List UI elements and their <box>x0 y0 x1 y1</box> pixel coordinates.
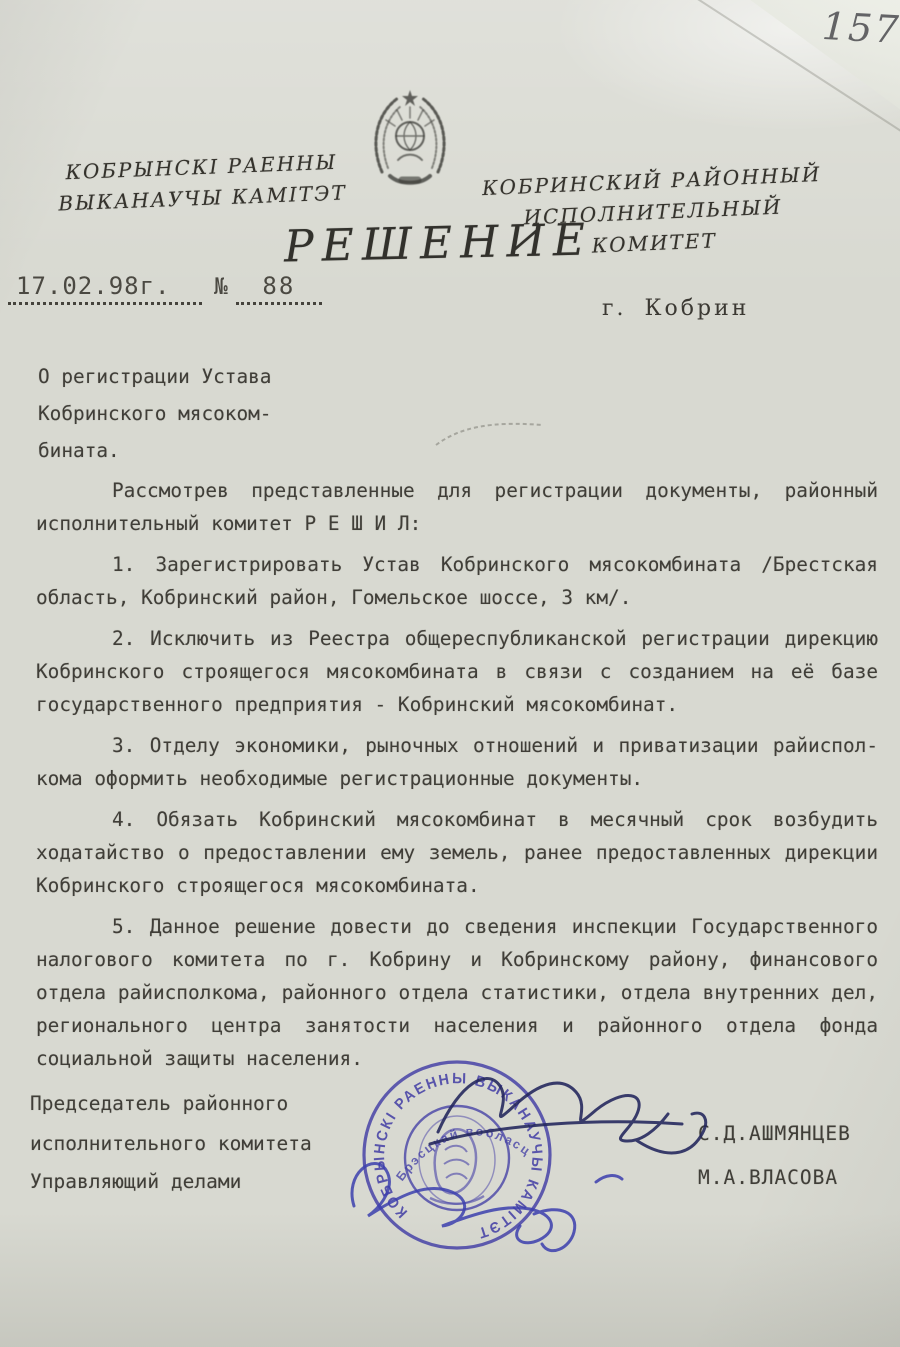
resolution-body: Рассмотрев представленные для регистраци… <box>36 474 878 1083</box>
chairman-title-line1: Председатель районного <box>30 1084 312 1124</box>
ink-signatures <box>330 1040 750 1290</box>
chairman-title: Председатель районного исполнительного к… <box>30 1084 312 1164</box>
document-title: РЕШЕНИЕ <box>283 215 593 273</box>
signature-chairman <box>430 1078 706 1152</box>
resolution-item-4: 4. Обязать Кобринский мясокомбинат в мес… <box>36 803 878 902</box>
intro-paragraph: Рассмотрев представленные для регистраци… <box>36 474 878 540</box>
handwritten-page-number: 157 <box>821 4 900 52</box>
number-sign: № <box>214 274 228 300</box>
pencil-smudge <box>430 415 560 455</box>
document-page: 157 КОБРЫНСКІ РАЕННЫ ВЫКАНАУЧЫ КАМІТЭТ К… <box>0 0 900 1347</box>
resolution-item-3: 3. Отделу экономики, рыночных отношений … <box>36 729 878 795</box>
place-line: г. Кобрин <box>602 296 749 321</box>
subject-block: О регистрации Устава Кобринского мясоком… <box>38 358 271 469</box>
org-name-belarusian: КОБРЫНСКІ РАЕННЫ ВЫКАНАУЧЫ КАМІТЭТ <box>51 146 353 219</box>
star-icon <box>402 90 418 106</box>
subject-line2: Кобринского мясоком- <box>38 395 271 432</box>
reference-row: 17.02.98г. № 88 <box>8 272 322 305</box>
subject-line3: бината. <box>38 432 271 469</box>
resolution-item-2: 2. Исключить из Реестра общереспубликанс… <box>36 622 878 721</box>
date-field: 17.02.98г. <box>8 272 202 305</box>
manager-title: Управляющий делами <box>30 1162 241 1202</box>
resolution-item-1: 1. Зарегистрировать Устав Кобринского мя… <box>36 548 878 614</box>
subject-line1: О регистрации Устава <box>38 358 271 395</box>
belarus-coat-of-arms-icon <box>360 84 460 199</box>
number-field: 88 <box>236 272 322 305</box>
chairman-title-line2: исполнительного комитета <box>30 1124 312 1164</box>
signature-manager <box>352 1164 622 1251</box>
